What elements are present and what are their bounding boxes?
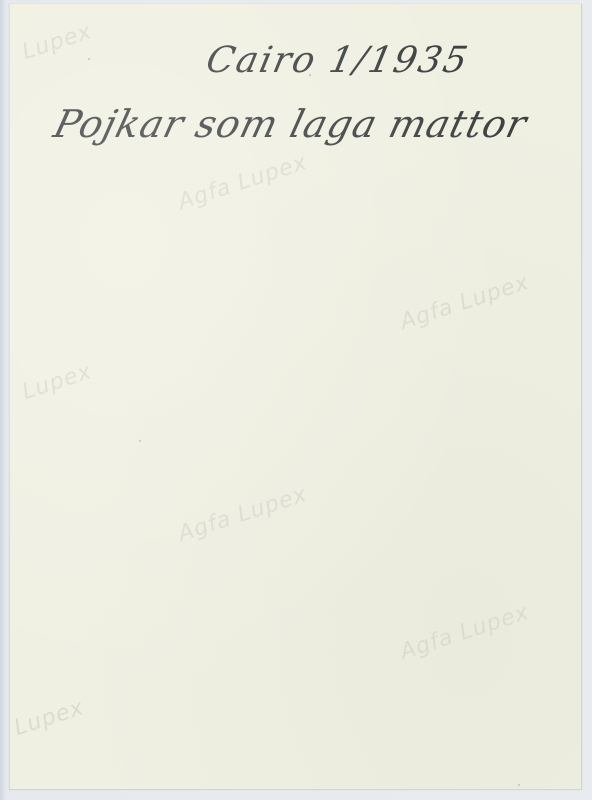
paper-speck [88,58,90,60]
paper-speck [518,784,520,786]
paper-speck [309,74,311,76]
watermark-agfa-lupex: Agfa Lupex [175,482,310,547]
watermark-agfa-lupex: Agfa Lupex [397,270,532,335]
watermark-agfa-lupex: Lupex [19,19,95,65]
watermark-agfa-lupex: Agfa Lupex [175,150,310,215]
watermark-agfa-lupex: Lupex [19,359,95,405]
photo-back-paper: Lupex Agfa Lupex Agfa Lupex Lupex Agfa L… [9,4,582,790]
handwritten-location-date: Cairo 1/1935 [203,40,473,81]
watermark-agfa-lupex: Lupex [11,695,87,741]
handwritten-caption: Pojkar som laga mattor [50,102,532,146]
paper-speck [139,440,141,442]
watermark-agfa-lupex: Agfa Lupex [397,600,532,665]
